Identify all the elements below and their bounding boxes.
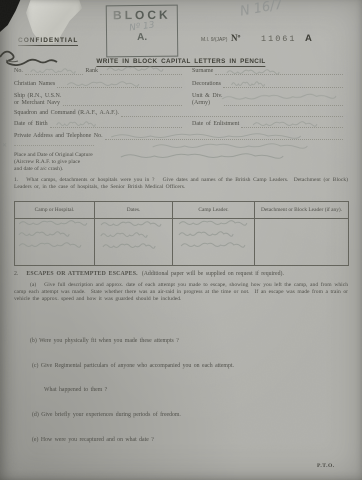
pencil-scrawl-date-of-enlistment <box>252 120 318 128</box>
pencil-scrawl-table <box>18 241 82 249</box>
scanned-form-page: ✕ · · BLOCK Nº 13 A. N 16/7 CONFIDENTIAL… <box>0 0 362 480</box>
field-label-christian-names: Christian Names <box>14 81 55 88</box>
pencil-scrawl-table <box>180 241 246 249</box>
field-label-no: No. <box>14 68 23 75</box>
margin-mark: ✕ <box>2 142 7 149</box>
question-2-number: 2. <box>14 271 18 277</box>
pencil-scrawl-table <box>18 230 70 238</box>
pencil-scrawl-address2 <box>150 142 310 150</box>
pencil-scrawl-table <box>178 219 248 227</box>
question-2-note: (Additional paper will be supplied on re… <box>142 271 284 277</box>
table-cell-detachment-leader <box>255 219 348 265</box>
dotted-line <box>224 103 343 106</box>
pencil-scrawl-table <box>102 242 156 250</box>
pencil-scrawl-christian-names <box>66 80 140 88</box>
capture-label-block: Place and Date of Original Capture (Airc… <box>14 152 93 172</box>
margin-mark: · <box>4 338 6 345</box>
field-label-date-of-enlistment: Date of Enlistment <box>192 121 239 128</box>
row-squadron: Squadron and Command (R.A.F., A.A.F.). <box>14 110 345 117</box>
address-continuation-line <box>14 145 94 146</box>
pencil-scrawl-table <box>178 230 234 238</box>
field-label-rank: Rank <box>85 68 98 75</box>
pto-label: P.T.O. <box>317 463 335 469</box>
margin-mark: · <box>1 200 3 207</box>
row-date-of-birth: Date of Birth <box>14 121 184 128</box>
pencil-scrawl-surname <box>226 68 280 76</box>
capture-line1: Place and Date of Original Capture <box>14 152 93 159</box>
pencil-scrawl-rank <box>106 65 164 73</box>
field-label-unit-line2: (Army) <box>192 100 222 107</box>
question-2e: (e) How were you recaptured and on what … <box>32 437 154 443</box>
pencil-scrawl-table <box>100 231 148 239</box>
serial-no-label: Nº <box>231 33 240 43</box>
field-label-ship-line2: or Merchant Navy <box>14 100 61 107</box>
col-header-camp-leader: Camp Leader. <box>173 202 255 219</box>
field-label-date-of-birth: Date of Birth <box>14 121 48 128</box>
pencil-annotation: N 16/7 <box>239 0 284 20</box>
field-label-unit-line1: Unit & Div. <box>192 93 222 100</box>
field-label-surname: Surname <box>192 68 213 75</box>
col-header-dates: Dates. <box>95 202 173 219</box>
field-label-ship-line1: Ship (R.N., U.S.N. <box>14 93 61 100</box>
pencil-scrawl-date-of-birth <box>56 120 96 128</box>
col-header-camp: Camp or Hospital. <box>15 202 95 219</box>
classification-label: CONFIDENTIAL <box>18 37 78 46</box>
thread-artifact <box>0 46 58 66</box>
field-label-address: Private Address and Telephone No. <box>14 133 103 140</box>
question-2-heading: 2.ESCAPES OR ATTEMPTED ESCAPES.(Addition… <box>14 271 284 277</box>
dotted-line <box>63 103 182 106</box>
capture-line3: and date of a/c crash). <box>14 166 93 173</box>
pencil-scrawl-table <box>100 220 162 228</box>
dotted-line <box>121 114 343 117</box>
col-header-detachment-leader: Detachment or Block Leader (if any). <box>255 202 348 219</box>
pencil-scrawl-table <box>18 219 88 227</box>
form-reference: M.I. 9/(JAP) <box>201 37 227 43</box>
pencil-scrawl-address <box>108 132 304 140</box>
question-2c: (c) Give Regimental particulars of anyon… <box>32 363 234 369</box>
serial-suffix-letter: A <box>305 33 312 44</box>
pencil-scrawl-capture <box>118 152 286 160</box>
question-2b: (b) Were you physically fit when you mad… <box>30 338 179 344</box>
field-label-decorations: Decorations <box>192 81 221 88</box>
question-1: 1. What camps, detachments or hospitals … <box>14 177 348 191</box>
field-label-squadron: Squadron and Command (R.A.F., A.A.F.). <box>14 110 119 117</box>
block-number-stamp: BLOCK Nº 13 A. <box>106 5 179 58</box>
capture-line2: (Aircrew R.A.F. to give place <box>14 159 93 166</box>
question-2-title: ESCAPES OR ATTEMPTED ESCAPES. <box>26 271 137 277</box>
pencil-scrawl-decorations <box>231 80 265 88</box>
question-2c-followup: What happened to them ? <box>44 387 107 393</box>
serial-number: 11061 <box>261 34 297 44</box>
question-2a: (a) Give full description and approx. da… <box>14 282 348 303</box>
pencil-scrawl-no <box>30 67 76 75</box>
row-decorations: Decorations <box>192 81 345 88</box>
stamp-suffix-letter: A. <box>107 32 177 44</box>
question-2d: (d) Give briefly your experiences during… <box>32 412 181 418</box>
row-ship: Ship (R.N., U.S.N. or Merchant Navy <box>14 93 184 106</box>
scan-corner-artifact <box>0 0 26 32</box>
